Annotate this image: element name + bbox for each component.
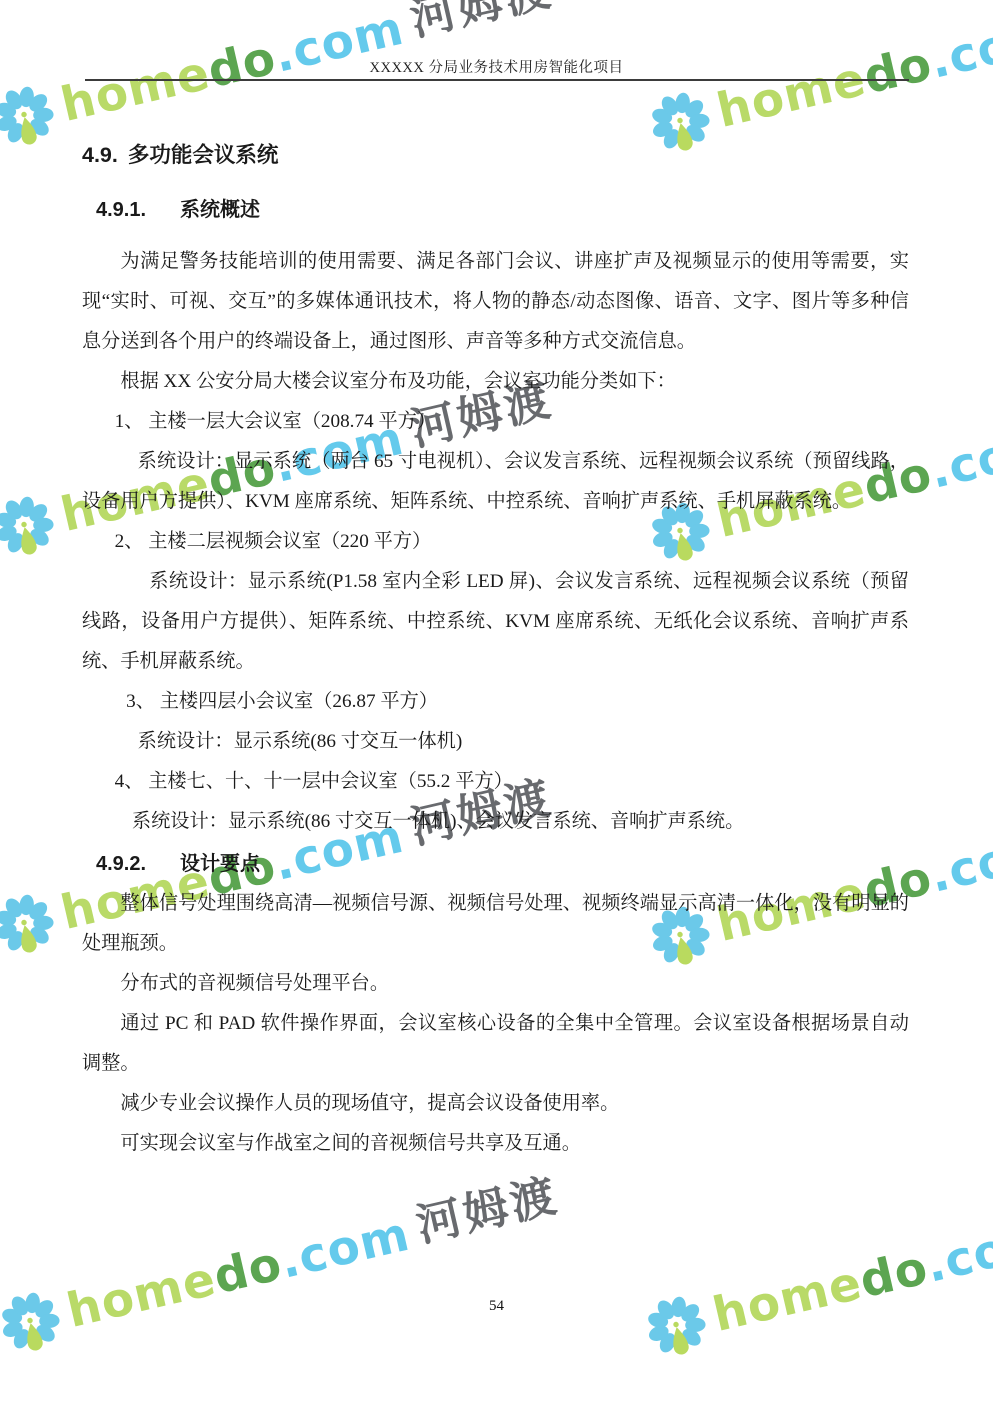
watermark-com-text: .com [926, 421, 993, 496]
header-rule [85, 79, 909, 81]
section-heading-4-9-1: 4.9.1.系统概述 [96, 196, 909, 224]
list-item-title: 2、 主楼二层视频会议室（220 平方） [82, 522, 909, 562]
heading-title: 多功能会议系统 [128, 143, 279, 167]
watermark-do-text: do [210, 1240, 287, 1301]
heading-number: 4.9.2. [96, 853, 146, 875]
document-body: 4.9.多功能会议系统 4.9.1.系统概述 为满足警务技能培训的使用需要、满足… [82, 132, 909, 1164]
heading-number: 4.9. [82, 143, 118, 167]
paragraph-intro: 为满足警务技能培训的使用需要、满足各部门会议、讲座扩声及视频显示的使用等需要，实… [82, 242, 909, 362]
list-item-design: 系统设计：显示系统(86 寸交互一体机)、会议发言系统、音响扩声系统。 [82, 802, 909, 842]
watermark-do-text: do [856, 1244, 933, 1305]
homedo-flower-icon [0, 886, 67, 974]
paragraph-point: 整体信号处理围绕高清—视频信号源、视频信号处理、视频终端显示高清一体化，没有明显… [82, 884, 909, 964]
paragraph-point: 通过 PC 和 PAD 软件操作界面，会议室核心设备的全集中全管理。会议室设备根… [82, 1004, 909, 1084]
section-heading-4-9-2: 4.9.2.设计要点 [96, 850, 909, 878]
paragraph-point: 分布式的音视频信号处理平台。 [82, 964, 909, 1004]
watermark-com-text: .com [276, 1211, 414, 1286]
paragraph-point: 可实现会议室与作战室之间的音视频信号共享及互通。 [82, 1124, 909, 1164]
heading-title: 系统概述 [180, 199, 260, 221]
homedo-flower-icon [0, 78, 67, 166]
section-heading-4-9: 4.9.多功能会议系统 [82, 140, 909, 170]
watermark-cjk-text: 河姆渡 [412, 1172, 562, 1248]
list-item-design: 系统设计：显示系统(86 寸交互一体机) [82, 722, 909, 762]
list-item-design: 系统设计：显示系统(P1.58 室内全彩 LED 屏)、会议发言系统、远程视频会… [82, 562, 909, 682]
watermark-tile: homedo.com 河姆渡 [0, 1156, 569, 1372]
heading-number: 4.9.1. [96, 199, 146, 221]
watermark-cjk-text: 河姆渡 [406, 0, 556, 42]
watermark-home-text: home [63, 1255, 220, 1335]
list-item-title: 3、 主楼四层小会议室（26.87 平方） [82, 682, 909, 722]
homedo-flower-icon [0, 488, 67, 576]
watermark-com-text: .com [926, 825, 993, 900]
heading-title: 设计要点 [180, 853, 260, 875]
homedo-flower-icon [0, 1284, 73, 1372]
paragraph-point: 减少专业会议操作人员的现场值守，提高会议设备使用率。 [82, 1084, 909, 1124]
document-page: homedo.com 河姆渡 homedo.com 河姆渡 homedo.com… [0, 0, 993, 1403]
list-item-design: 系统设计：显示系统（两台 65 寸电视机）、会议发言系统、远程视频会议系统（预留… [82, 442, 909, 522]
page-number: 54 [0, 1298, 993, 1315]
watermark-com-text: .com [922, 1215, 993, 1290]
list-item-title: 4、 主楼七、十、十一层中会议室（55.2 平方） [82, 762, 909, 802]
paragraph-basis: 根据 XX 公安分局大楼会议室分布及功能，会议室功能分类如下： [82, 362, 909, 402]
watermark-tile: homedo.com 河姆渡 [633, 1160, 993, 1376]
page-header-title: XXXXX 分局业务技术用房智能化项目 [0, 56, 993, 77]
list-item-title: 1、 主楼一层大会议室（208.74 平方） [82, 402, 909, 442]
